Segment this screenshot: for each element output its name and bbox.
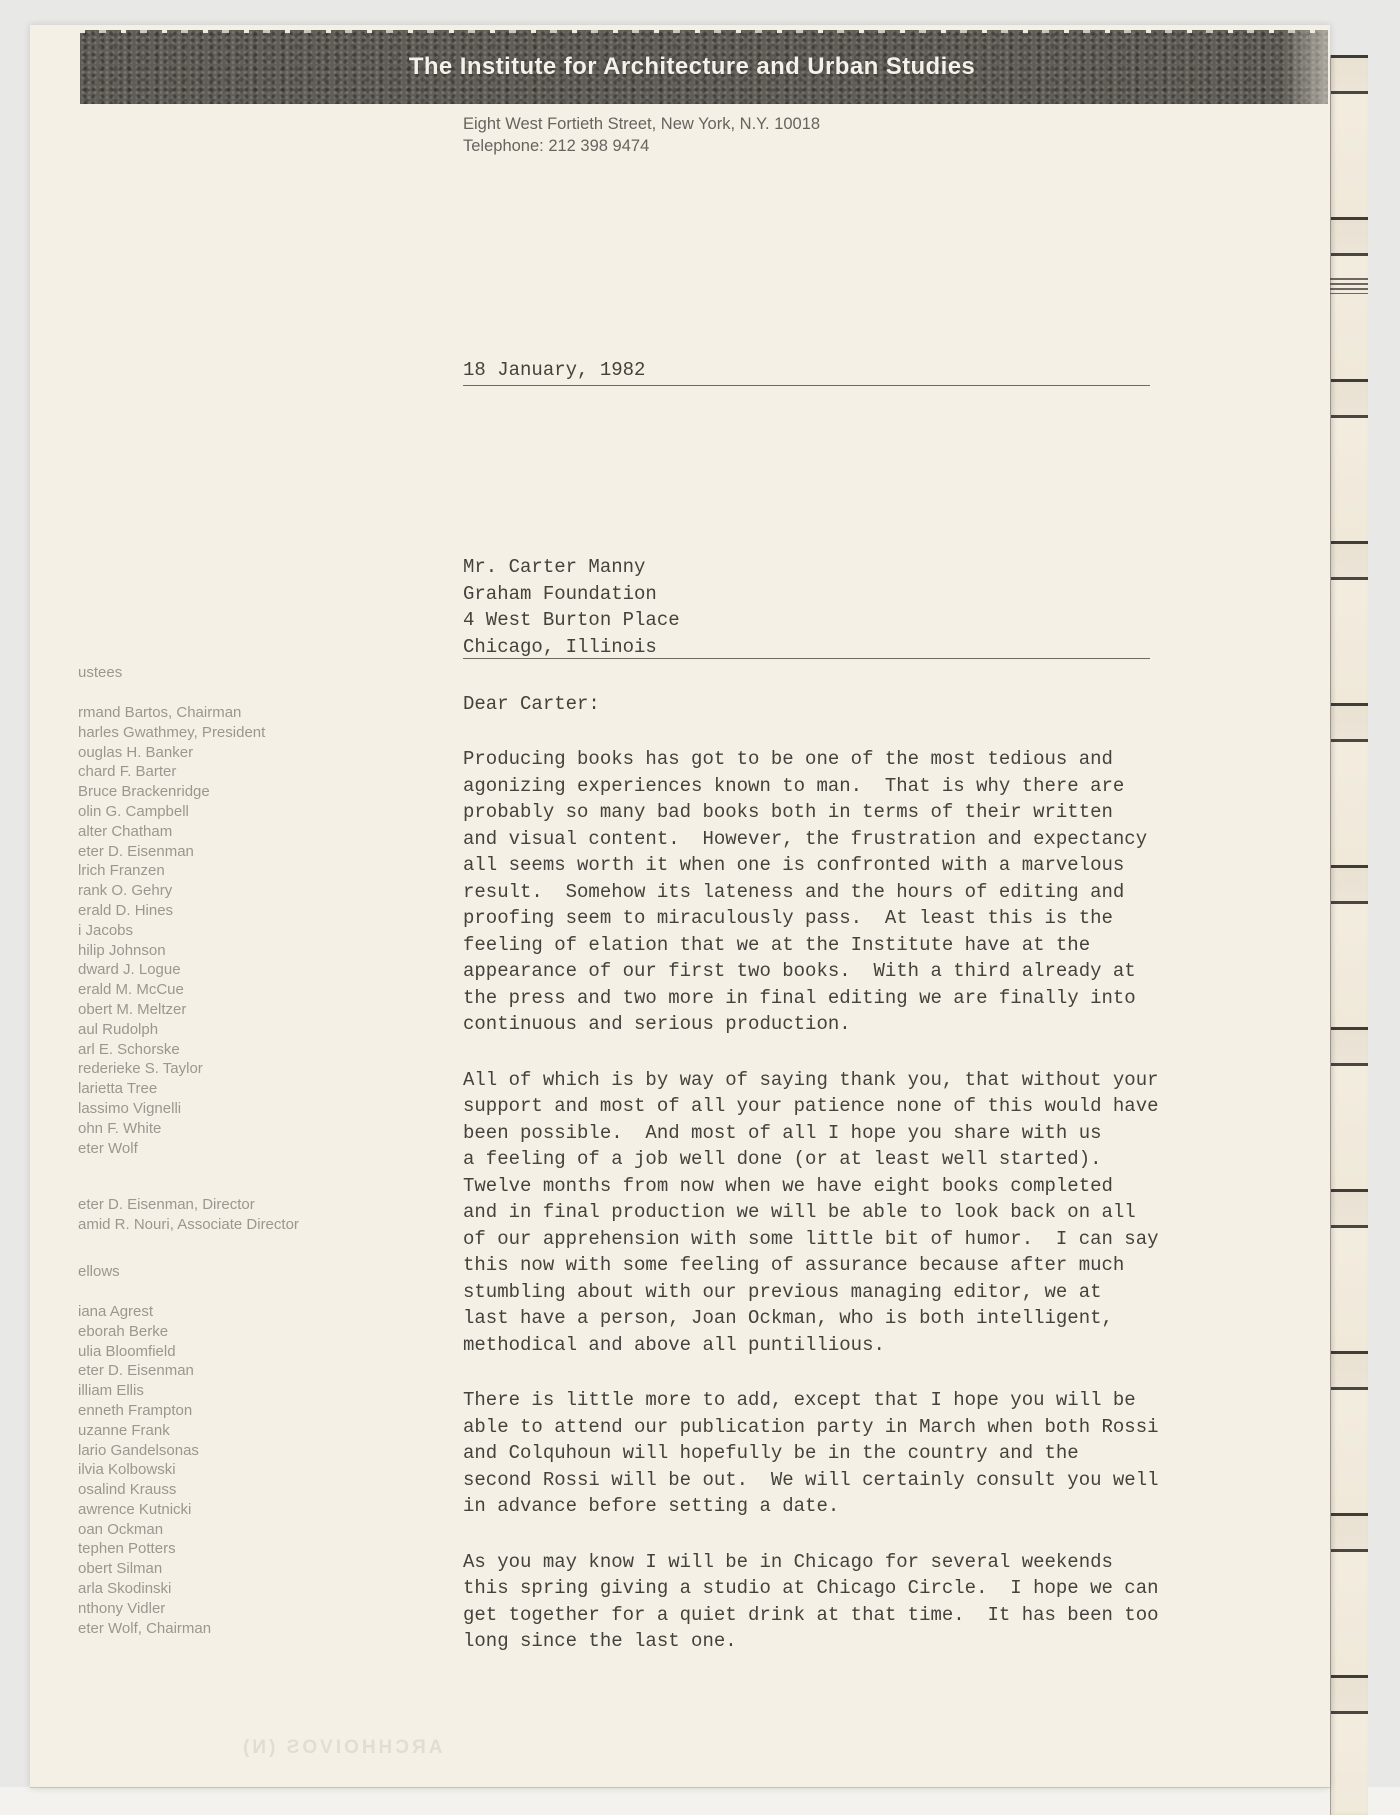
letter-date: 18 January, 1982	[463, 357, 1203, 384]
institute-title: The Institute for Architecture and Urban…	[409, 53, 975, 81]
trustees-heading: ustees	[78, 663, 408, 683]
fellows-heading: ellows	[78, 1262, 408, 1282]
letterhead-banner: The Institute for Architecture and Urban…	[80, 30, 1328, 104]
directors-list: eter D. Eisenman, Director amid R. Nouri…	[78, 1195, 408, 1235]
paragraph-2: All of which is by way of saying thank y…	[463, 1067, 1203, 1359]
letter-body: 18 January, 1982 Mr. Carter Manny Graham…	[463, 357, 1203, 1684]
following-pages-edge	[1330, 55, 1368, 1815]
paragraph-3: There is little more to add, except that…	[463, 1387, 1203, 1520]
salutation: Dear Carter:	[463, 691, 1203, 718]
underlying-sheet	[0, 1787, 1400, 1815]
paragraph-1: Producing books has got to be one of the…	[463, 746, 1203, 1038]
letter-page: The Institute for Architecture and Urban…	[30, 25, 1330, 1788]
scanned-letter: The Institute for Architecture and Urban…	[0, 0, 1400, 1815]
street-address: Eight West Fortieth Street, New York, N.…	[463, 115, 820, 133]
bleed-through-stamp: ARCHHOIVOS (N)	[240, 1737, 442, 1759]
recipient-address: Mr. Carter Manny Graham Foundation 4 Wes…	[463, 554, 1203, 660]
fellows-list: iana Agrest eborah Berke ulia Bloomfield…	[78, 1302, 408, 1639]
roster-sidebar: ustees rmand Bartos, Chairman harles Gwa…	[78, 663, 408, 1638]
paragraph-4: As you may know I will be in Chicago for…	[463, 1549, 1203, 1655]
edge-registration-mark	[1326, 278, 1368, 294]
telephone: Telephone: 212 398 9474	[463, 137, 649, 155]
trustees-list: rmand Bartos, Chairman harles Gwathmey, …	[78, 703, 408, 1158]
letterhead-address: Eight West Fortieth Street, New York, N.…	[463, 113, 820, 157]
date-rule	[463, 385, 1150, 386]
